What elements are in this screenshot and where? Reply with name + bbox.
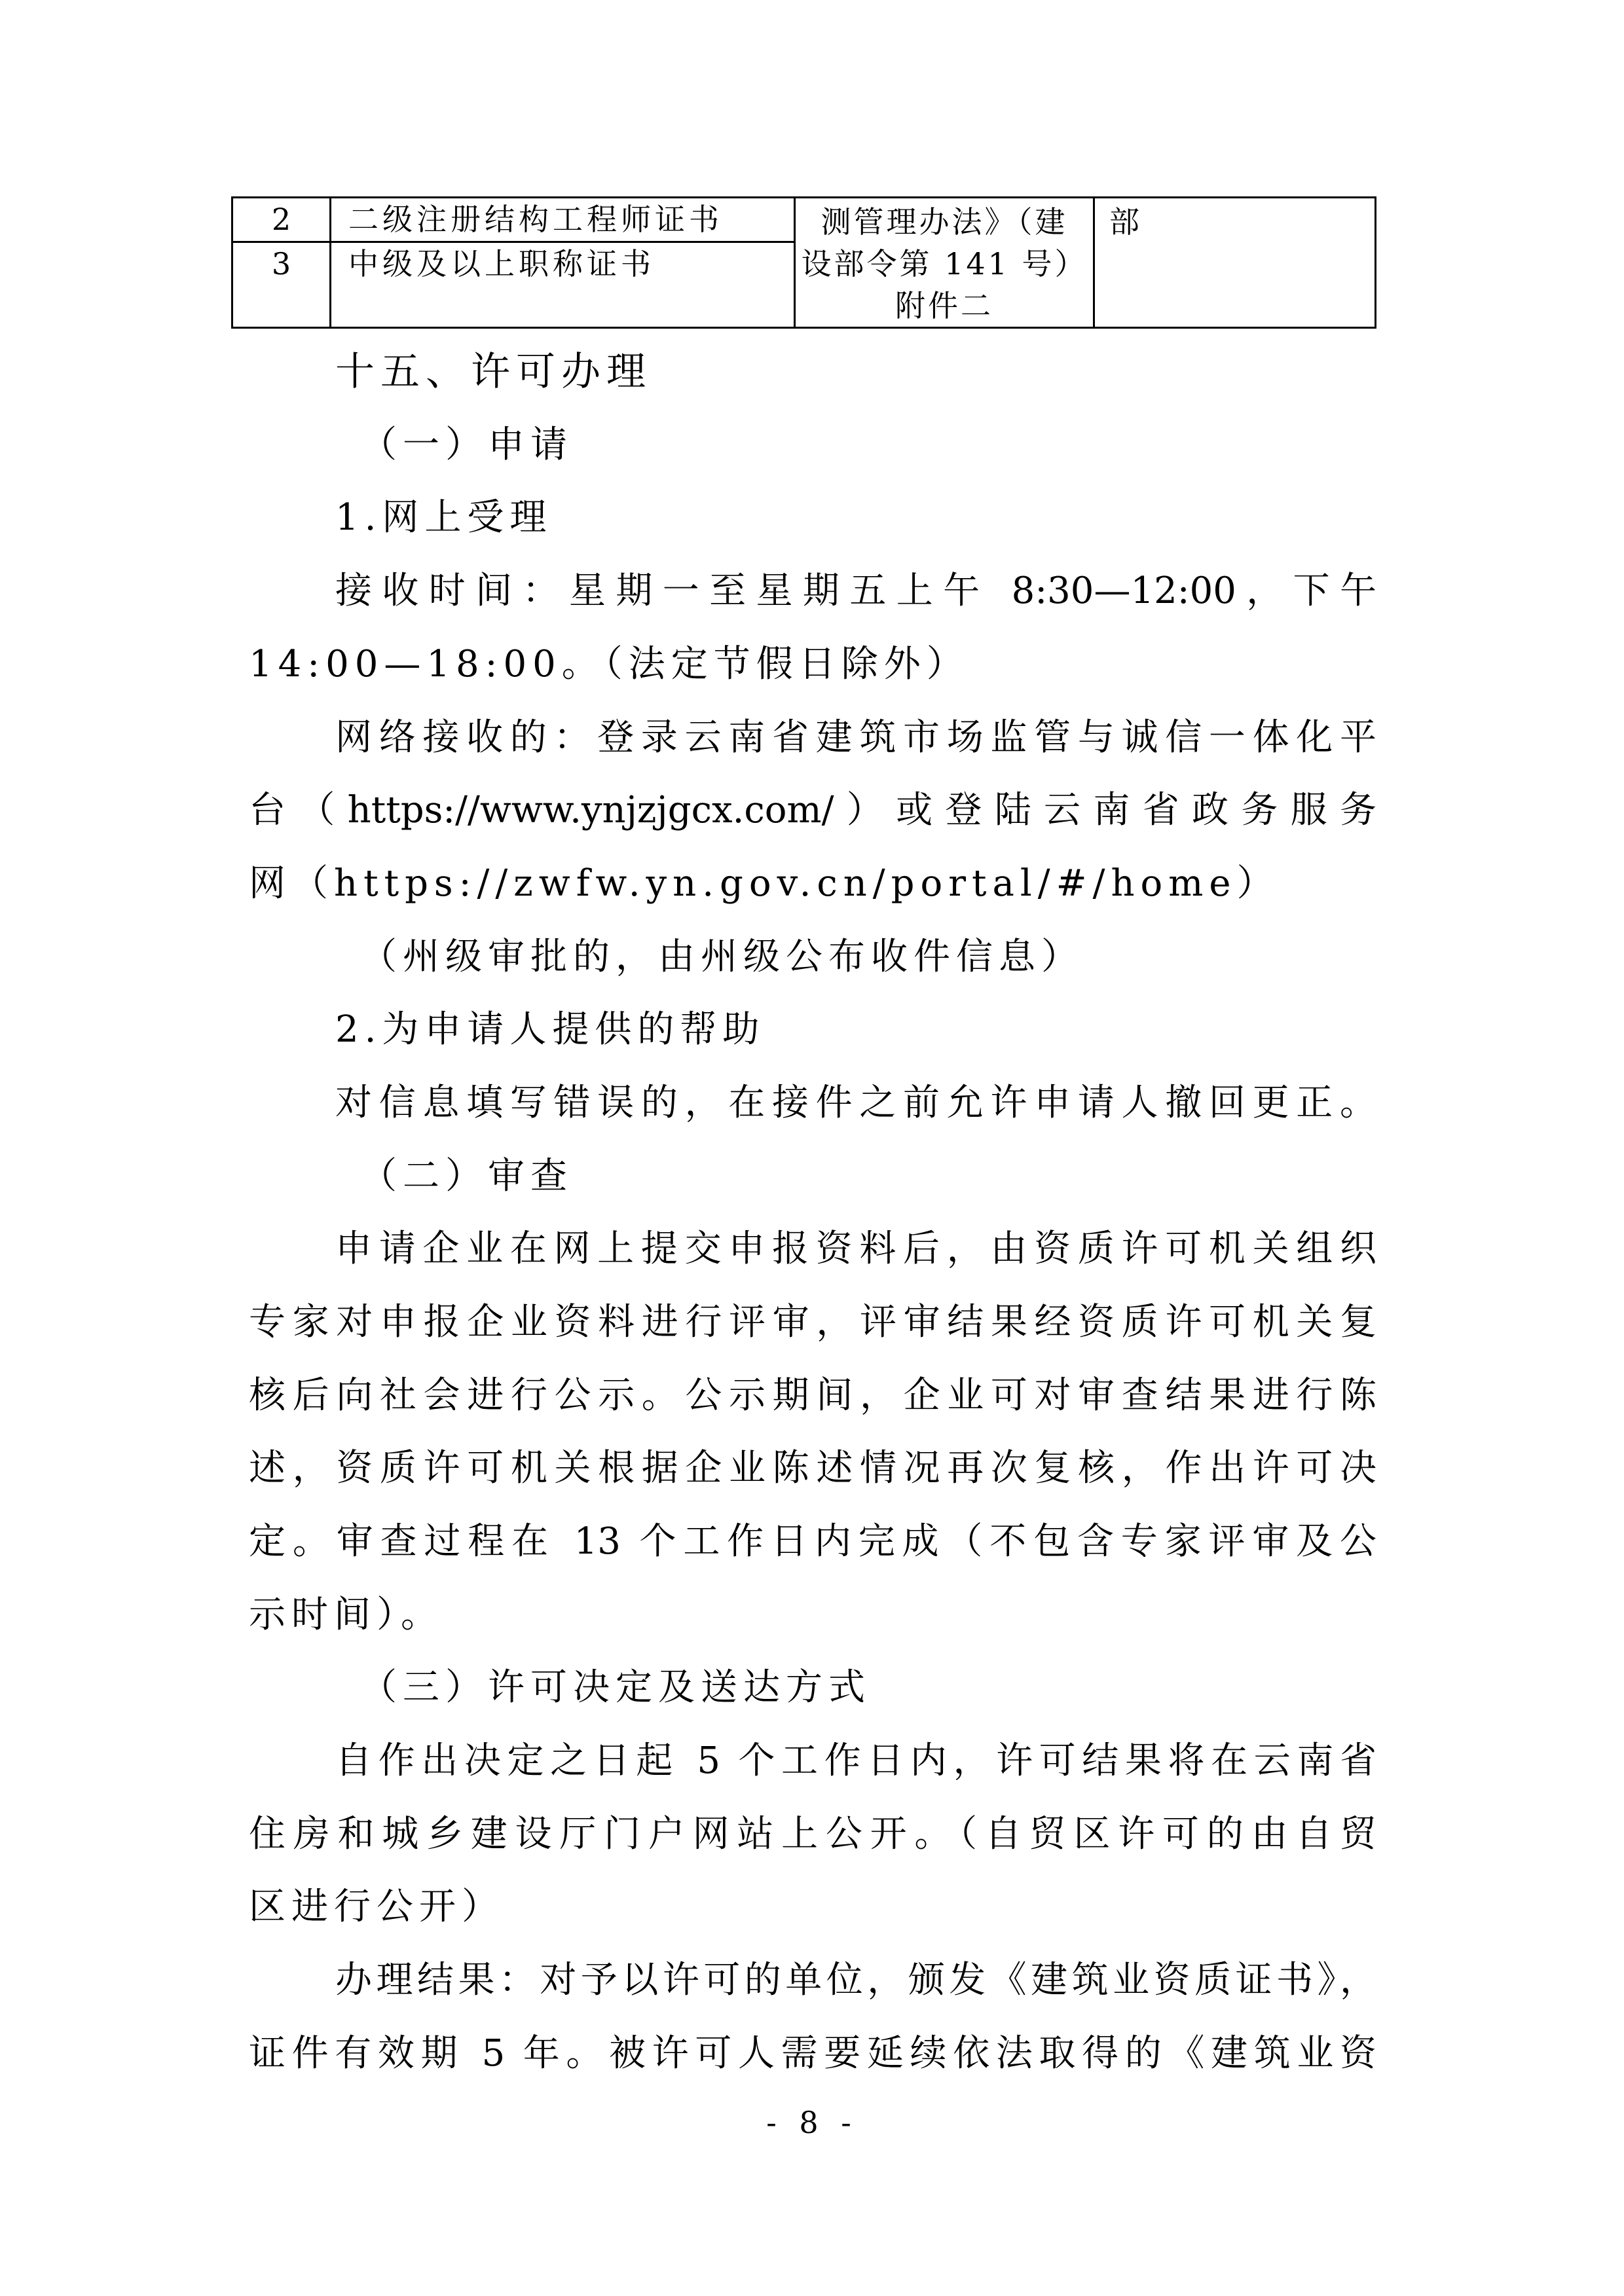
row-number: 2: [232, 198, 331, 242]
certificate-name: 二级注册结构工程师证书: [331, 198, 795, 242]
page-number: - 8 -: [0, 2103, 1624, 2142]
section-heading: 十五、许可办理: [249, 346, 1376, 398]
paragraph-line: 14:00—18:00。（法定节假日除外）: [249, 638, 1376, 691]
paragraph-line: 专家对申报企业资料进行评审，评审结果经资质许可机关复: [249, 1296, 1376, 1349]
paragraph-line: 自作出决定之日起 5 个工作日内，许可结果将在云南省: [249, 1735, 1376, 1787]
paragraph-line: 台（https://www.ynjzjgcx.com/）或登陆云南省政务服务: [249, 784, 1376, 837]
subsection-heading-decision: （三）许可决定及送达方式: [249, 1662, 1376, 1714]
paragraph-line: （州级审批的，由州级公布收件信息）: [249, 931, 1376, 983]
paragraph-line: 述，资质许可机关根据企业陈述情况再次复核，作出许可决: [249, 1442, 1376, 1495]
legal-basis-cell: 测管理办法》（建 设部令第 141 号） 附件二: [795, 198, 1094, 328]
paragraph-line: 办理结果：对予以许可的单位，颁发《建筑业资质证书》，: [249, 1954, 1376, 2007]
requirements-table: 2 二级注册结构工程师证书 测管理办法》（建 设部令第 141 号） 附件二 部…: [231, 196, 1376, 329]
item-heading-help: 2.为申请人提供的帮助: [249, 1004, 1376, 1056]
paragraph-line: 接收时间：星期一至星期五上午 8:30—12:00，下午: [249, 565, 1376, 617]
document-page: 2 二级注册结构工程师证书 测管理办法》（建 设部令第 141 号） 附件二 部…: [0, 0, 1624, 2296]
subsection-heading-apply: （一）申请: [249, 419, 1376, 471]
subsection-heading-review: （二）审查: [249, 1150, 1376, 1203]
paragraph-line: 示时间）。: [249, 1589, 1376, 1641]
paragraph-line: 网络接收的：登录云南省建筑市场监管与诚信一体化平: [249, 712, 1376, 764]
issuing-department-cell: 部: [1094, 198, 1376, 328]
paragraph-line: 对信息填写错误的，在接件之前允许申请人撤回更正。: [249, 1077, 1376, 1129]
paragraph-line: 定。审查过程在 13 个工作日内完成（不包含专家评审及公: [249, 1516, 1376, 1568]
legal-basis-line: 测管理办法》（建: [796, 201, 1093, 243]
paragraph-line: 区进行公开）: [249, 1881, 1376, 1933]
paragraph-line: 住房和城乡建设厅门户网站上公开。（自贸区许可的由自贸: [249, 1808, 1376, 1861]
table-row: 2 二级注册结构工程师证书 测管理办法》（建 设部令第 141 号） 附件二 部: [232, 198, 1376, 242]
paragraph-line: 申请企业在网上提交申报资料后，由资质许可机关组织: [249, 1223, 1376, 1275]
paragraph-line: 核后向社会进行公示。公示期间，企业可对审查结果进行陈: [249, 1370, 1376, 1422]
legal-basis-line: 附件二: [796, 285, 1093, 327]
paragraph-line: 证件有效期 5 年。被许可人需要延续依法取得的《建筑业资: [249, 2028, 1376, 2080]
certificate-name: 中级及以上职称证书: [331, 242, 795, 327]
row-number: 3: [232, 242, 331, 327]
item-heading-online: 1.网上受理: [249, 492, 1376, 544]
paragraph-line: 网（https://zwfw.yn.gov.cn/portal/#/home）: [249, 858, 1376, 910]
legal-basis-line: 设部令第 141 号）: [796, 243, 1093, 285]
